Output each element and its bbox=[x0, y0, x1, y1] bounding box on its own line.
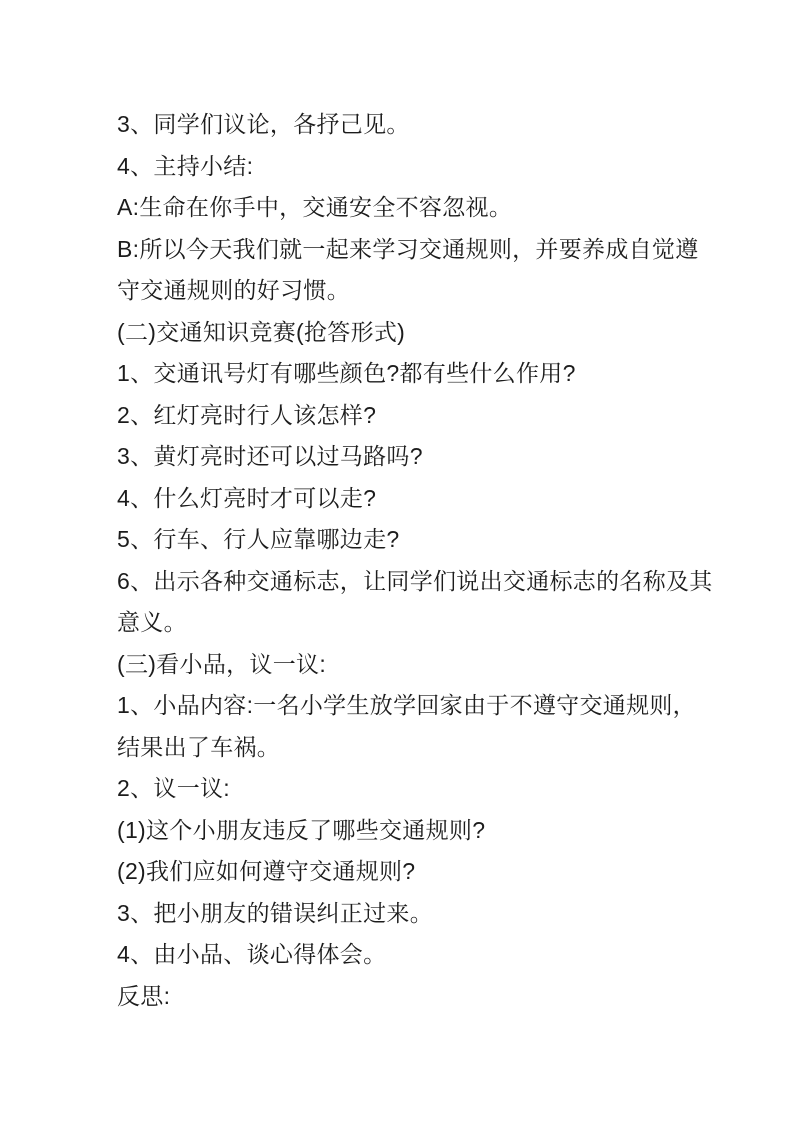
doc-line: 1、小品内容:一名小学生放学回家由于不遵守交通规则， bbox=[117, 685, 717, 727]
doc-line: 意义。 bbox=[117, 602, 717, 644]
document-text-block: 3、同学们议论，各抒己见。4、主持小结:A:生命在你手中，交通安全不容忽视。B:… bbox=[117, 104, 717, 1017]
doc-line: (1)这个小朋友违反了哪些交通规则? bbox=[117, 810, 717, 852]
doc-line: 1、交通讯号灯有哪些颜色?都有些什么作用? bbox=[117, 353, 717, 395]
doc-line: 4、由小品、谈心得体会。 bbox=[117, 934, 717, 976]
doc-line: (2)我们应如何遵守交通规则? bbox=[117, 851, 717, 893]
doc-line: (二)交通知识竞赛(抢答形式) bbox=[117, 312, 717, 354]
doc-line: B:所以今天我们就一起来学习交通规则，并要养成自觉遵 bbox=[117, 229, 717, 271]
doc-line: 3、黄灯亮时还可以过马路吗? bbox=[117, 436, 717, 478]
doc-line: 3、同学们议论，各抒己见。 bbox=[117, 104, 717, 146]
doc-line: (三)看小品，议一议: bbox=[117, 644, 717, 686]
doc-line: 3、把小朋友的错误纠正过来。 bbox=[117, 893, 717, 935]
doc-line: 守交通规则的好习惯。 bbox=[117, 270, 717, 312]
doc-line: 2、议一议: bbox=[117, 768, 717, 810]
doc-line: 4、主持小结: bbox=[117, 146, 717, 188]
doc-line: 反思: bbox=[117, 976, 717, 1018]
doc-line: 结果出了车祸。 bbox=[117, 727, 717, 769]
document-page: 3、同学们议论，各抒己见。4、主持小结:A:生命在你手中，交通安全不容忽视。B:… bbox=[0, 0, 793, 1122]
doc-line: 6、出示各种交通标志，让同学们说出交通标志的名称及其 bbox=[117, 561, 717, 603]
doc-line: 2、红灯亮时行人该怎样? bbox=[117, 395, 717, 437]
doc-line: 4、什么灯亮时才可以走? bbox=[117, 478, 717, 520]
doc-line: 5、行车、行人应靠哪边走? bbox=[117, 519, 717, 561]
doc-line: A:生命在你手中，交通安全不容忽视。 bbox=[117, 187, 717, 229]
